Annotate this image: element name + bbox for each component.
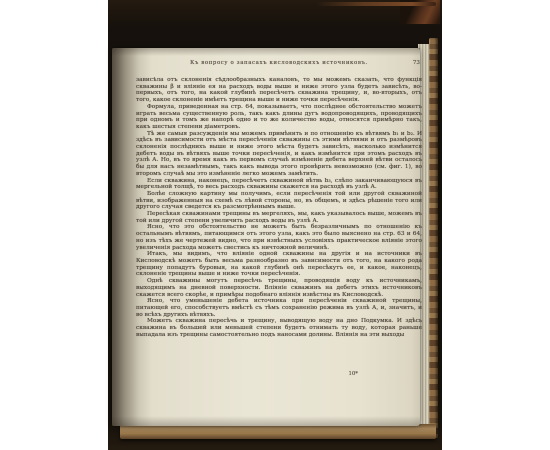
paragraph: Можетъ скважина пересѣчь и трещину, выво…: [136, 318, 422, 338]
running-head: Къ вопросу о запасахъ кисловодскихъ исто…: [136, 60, 422, 70]
cover-bottom-edge: [120, 424, 436, 439]
paragraph: Ясно, что это обстоятельство не можетъ б…: [136, 224, 422, 251]
page-content: Къ вопросу о запасахъ кисловодскихъ исто…: [136, 60, 422, 377]
page-top-shade: [112, 48, 420, 56]
paragraph: Итакъ, мы видимъ, что вліяніе одной сква…: [136, 251, 422, 278]
paragraph: Формула, приведенная на стр. 64, показыв…: [136, 104, 422, 131]
paragraph: Если скважина, наконецъ, пересѣчетъ сква…: [136, 178, 422, 191]
cover-fore-edge: [429, 38, 438, 438]
paragraph: Пересѣкая скважинами трещины въ мергелях…: [136, 211, 422, 224]
paragraph: Болѣе сложную картину мы получимъ, если …: [136, 191, 422, 211]
page-body-text: зависѣла отъ склоненія сѣдлообразныхъ ка…: [136, 77, 422, 369]
paragraph: Ясно, что уменьшеніе дебета источника пр…: [136, 298, 422, 318]
paragraph: Тѣ же самыя разсужденія мы можемъ примѣн…: [136, 131, 422, 178]
paragraph: зависѣла отъ склоненія сѣдлообразныхъ ка…: [136, 77, 422, 104]
running-head-title: Къ вопросу о запасахъ кисловодскихъ исто…: [190, 60, 368, 66]
page-number: 73: [413, 60, 420, 66]
signature-mark: 10*: [136, 371, 358, 377]
book-cover-top-edge: [316, 2, 436, 6]
right-page: Къ вопросу о запасахъ кисловодскихъ исто…: [112, 48, 420, 426]
paragraph: Однѣ скважины могутъ пересѣчь трещины, п…: [136, 278, 422, 298]
page-bottom-shade: [112, 416, 420, 426]
screenshot-frame: Къ вопросу о запасахъ кисловодскихъ исто…: [0, 0, 550, 450]
book-photo: Къ вопросу о запасахъ кисловодскихъ исто…: [108, 0, 442, 450]
